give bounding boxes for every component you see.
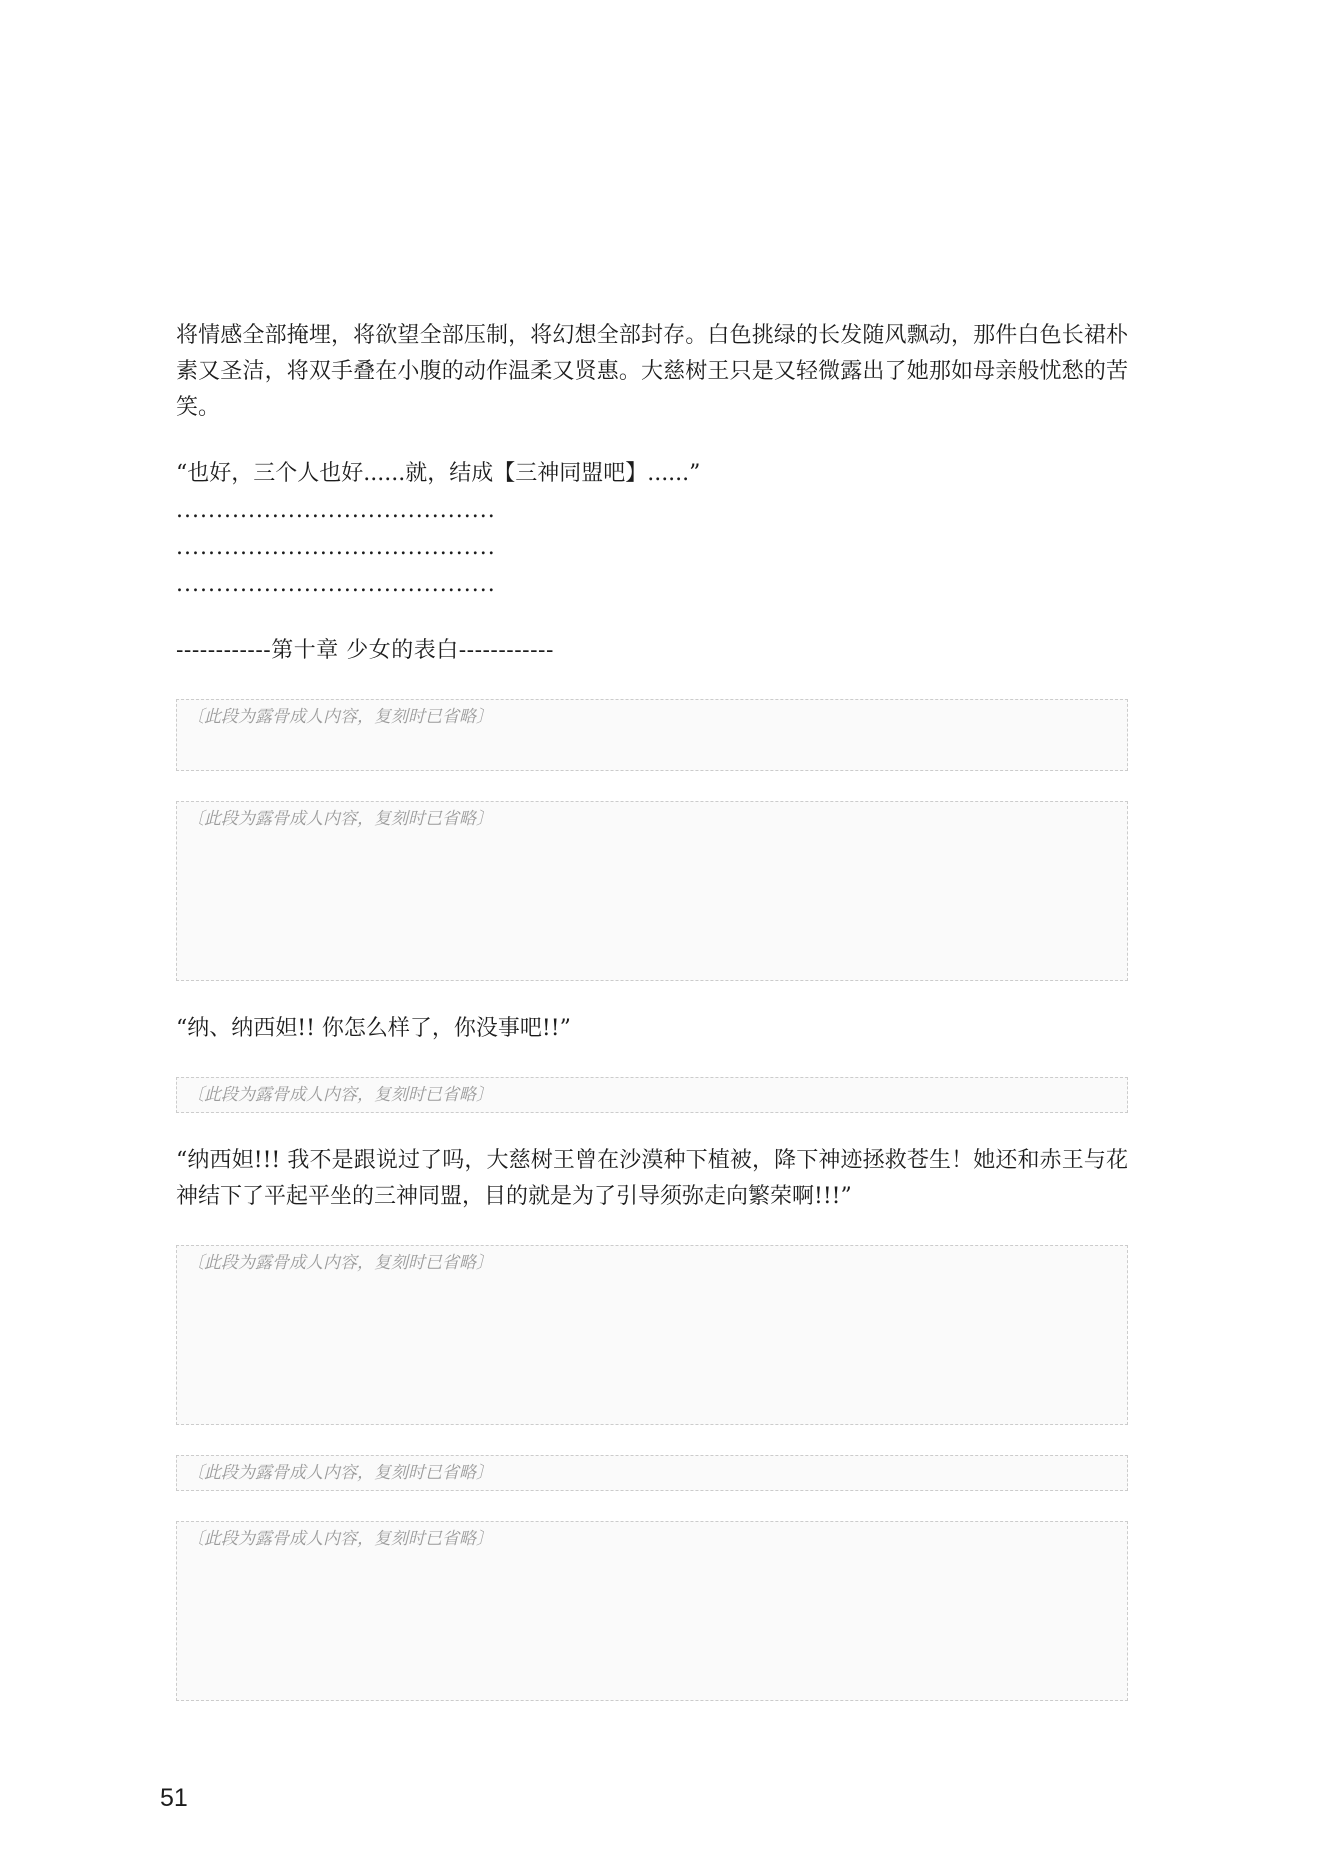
text-column: 将情感全部掩埋，将欲望全部压制，将幻想全部封存。白色挑绿的长发随风飘动，那件白色…	[176, 318, 1128, 1731]
redacted-paragraph: 〔此段为露骨成人内容，复刻时已省略〕	[176, 801, 1128, 981]
paragraph: “也好，三个人也好......就，结成【三神同盟吧】......”	[176, 456, 1128, 492]
paragraph: ........................................	[176, 567, 1128, 603]
redacted-paragraph: 〔此段为露骨成人内容，复刻时已省略〕	[176, 1245, 1128, 1425]
redacted-paragraph: 〔此段为露骨成人内容，复刻时已省略〕	[176, 699, 1128, 771]
page-number: 51	[160, 1784, 188, 1813]
redacted-paragraph: 〔此段为露骨成人内容，复刻时已省略〕	[176, 1455, 1128, 1491]
document-page: 将情感全部掩埋，将欲望全部压制，将幻想全部封存。白色挑绿的长发随风飘动，那件白色…	[0, 0, 1323, 1871]
redacted-paragraph: 〔此段为露骨成人内容，复刻时已省略〕	[176, 1521, 1128, 1701]
paragraph: ........................................	[176, 493, 1128, 529]
paragraph: 将情感全部掩埋，将欲望全部压制，将幻想全部封存。白色挑绿的长发随风飘动，那件白色…	[176, 318, 1128, 426]
paragraph: “纳西妲!!! 我不是跟说过了吗，大慈树王曾在沙漠种下植被，降下神迹拯救苍生！她…	[176, 1143, 1128, 1215]
redacted-paragraph: 〔此段为露骨成人内容，复刻时已省略〕	[176, 1077, 1128, 1113]
paragraph: “纳、纳西妲!! 你怎么样了，你没事吧!!”	[176, 1011, 1128, 1047]
paragraph: ------------第十章 少女的表白------------	[176, 633, 1128, 669]
paragraph: ........................................	[176, 530, 1128, 566]
